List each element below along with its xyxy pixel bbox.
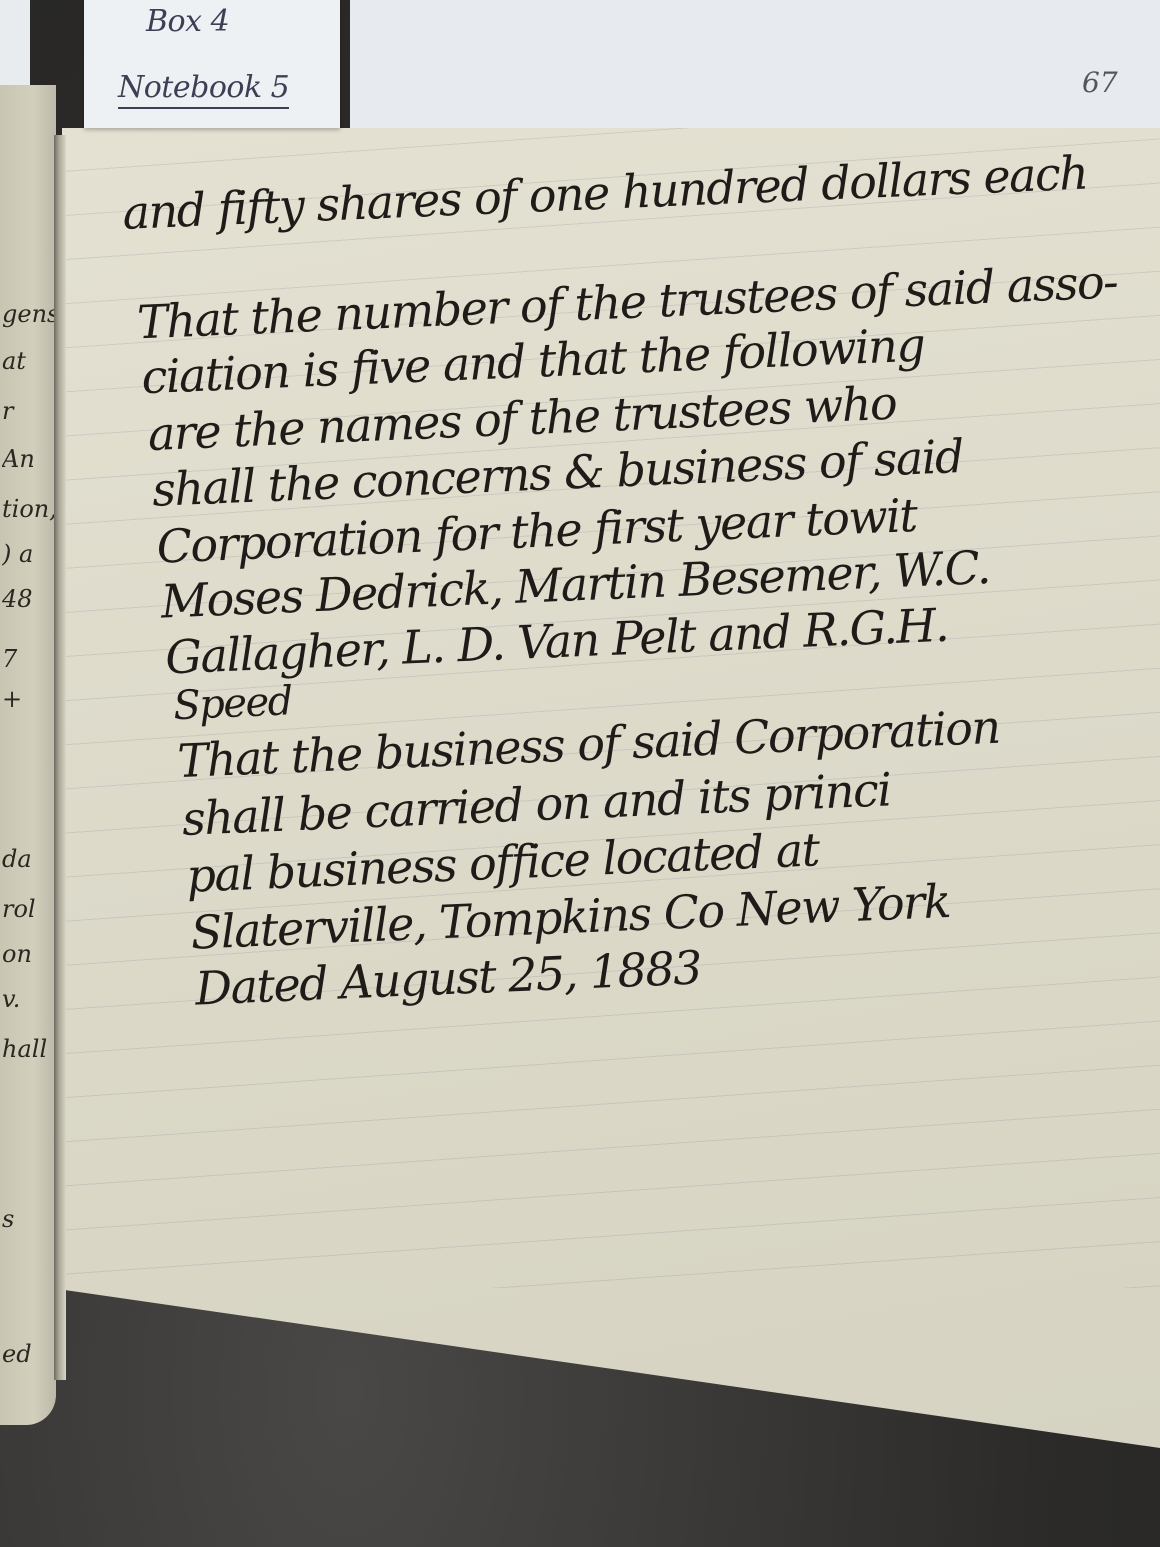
backing-paper-right	[350, 0, 1160, 130]
label-notebook-number: Notebook 5	[118, 70, 289, 109]
notebook-photo: Box 4 Notebook 5 gens at r An tion, ) a …	[0, 0, 1160, 1547]
left-fragment: da	[2, 845, 54, 873]
left-fragment: 7	[2, 645, 54, 673]
left-page-edge: gens at r An tion, ) a 48 7 + da rol on …	[0, 85, 56, 1425]
left-fragment: tion,	[2, 495, 54, 523]
binding-gutter	[54, 135, 66, 1380]
left-fragment: v.	[2, 985, 54, 1013]
text-line: Speed	[173, 681, 293, 726]
backing-paper	[0, 0, 30, 90]
left-fragment: +	[2, 685, 54, 713]
page-number: 67	[1082, 66, 1118, 99]
left-fragment: at	[2, 347, 54, 375]
left-fragment: on	[2, 940, 54, 968]
left-fragment: s	[2, 1205, 54, 1233]
left-fragment: 48	[2, 585, 54, 613]
left-fragment: An	[2, 445, 54, 473]
label-box-number: Box 4	[146, 4, 229, 39]
left-fragment: gens	[2, 300, 54, 328]
left-fragment: ed	[2, 1340, 54, 1368]
left-fragment: r	[2, 397, 54, 425]
left-fragment: ) a	[2, 540, 54, 568]
archive-label-card: Box 4 Notebook 5	[84, 0, 340, 128]
left-fragment: hall	[2, 1035, 54, 1063]
left-fragment: rol	[2, 895, 54, 923]
